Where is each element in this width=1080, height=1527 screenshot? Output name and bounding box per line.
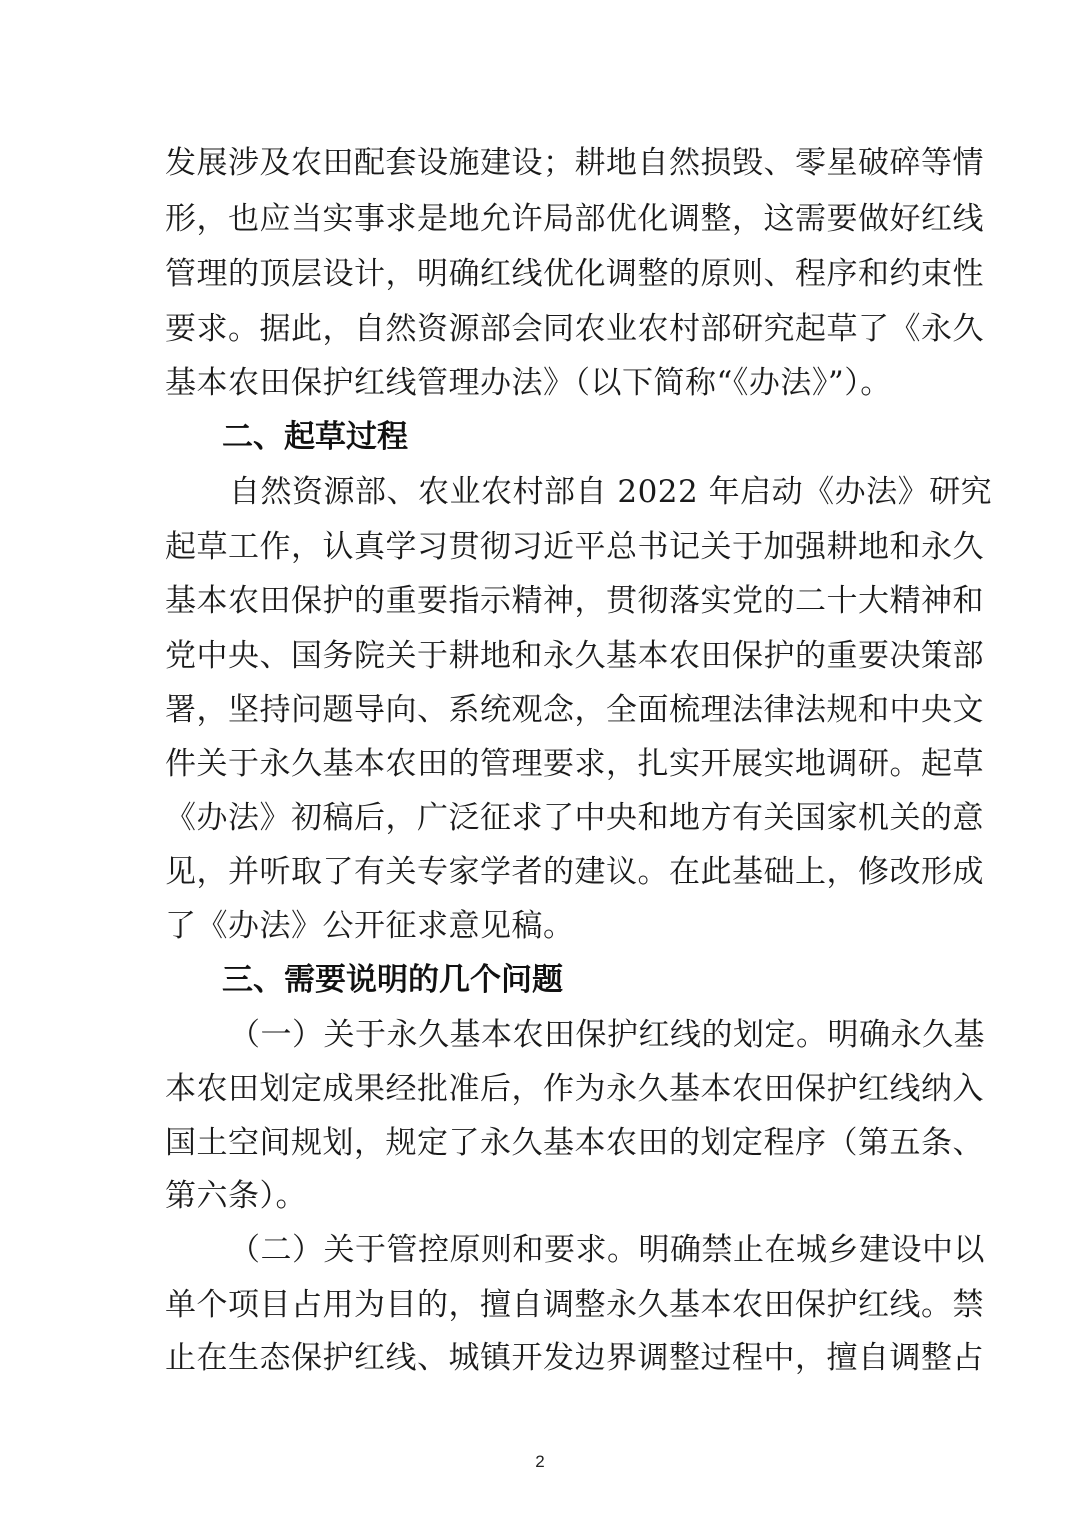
body-line: 发展涉及农田配套设施建设；耕地自然损毁、零星破碎等情 [165, 143, 917, 183]
body-line: （一）关于永久基本农田保护红线的划定。明确永久基 [229, 1015, 917, 1055]
page-number: 2 [0, 1452, 1080, 1472]
document-page: 发展涉及农田配套设施建设；耕地自然损毁、零星破碎等情 形，也应当实事求是地允许局… [0, 0, 1080, 1527]
body-line: （二）关于管控原则和要求。明确禁止在城乡建设中以 [229, 1230, 917, 1270]
body-line: 管理的顶层设计，明确红线优化调整的原则、程序和约束性 [165, 254, 917, 294]
body-line: 件关于永久基本农田的管理要求，扎实开展实地调研。起草 [165, 744, 917, 784]
body-line: 单个项目占用为目的，擅自调整永久基本农田保护红线。禁 [165, 1285, 917, 1325]
body-line: 《办法》初稿后，广泛征求了中央和地方有关国家机关的意 [165, 798, 917, 838]
body-line: 了《办法》公开征求意见稿。 [165, 906, 917, 946]
body-line: 形，也应当实事求是地允许局部优化调整，这需要做好红线 [165, 199, 917, 239]
body-line: 基本农田保护红线管理办法》（以下简称“《办法》”）。 [165, 363, 917, 403]
body-line: 署，坚持问题导向、系统观念，全面梳理法律法规和中央文 [165, 690, 917, 730]
section-heading-drafting-process: 二、起草过程 [222, 417, 408, 457]
body-line: 止在生态保护红线、城镇开发边界调整过程中，擅自调整占 [165, 1338, 917, 1378]
body-line: 见，并听取了有关专家学者的建议。在此基础上，修改形成 [165, 852, 917, 892]
body-line: 党中央、国务院关于耕地和永久基本农田保护的重要决策部 [165, 636, 917, 676]
body-line: 自然资源部、农业农村部自 2022 年启动《办法》研究 [229, 472, 917, 512]
section-heading-issues: 三、需要说明的几个问题 [222, 960, 563, 1000]
body-line: 要求。据此，自然资源部会同农业农村部研究起草了《永久 [165, 309, 917, 349]
body-line: 本农田划定成果经批准后，作为永久基本农田保护红线纳入 [165, 1069, 917, 1109]
body-line: 起草工作，认真学习贯彻习近平总书记关于加强耕地和永久 [165, 527, 917, 567]
body-line: 基本农田保护的重要指示精神，贯彻落实党的二十大精神和 [165, 581, 917, 621]
body-line: 第六条）。 [165, 1176, 917, 1216]
body-line: 国土空间规划，规定了永久基本农田的划定程序（第五条、 [165, 1123, 917, 1163]
